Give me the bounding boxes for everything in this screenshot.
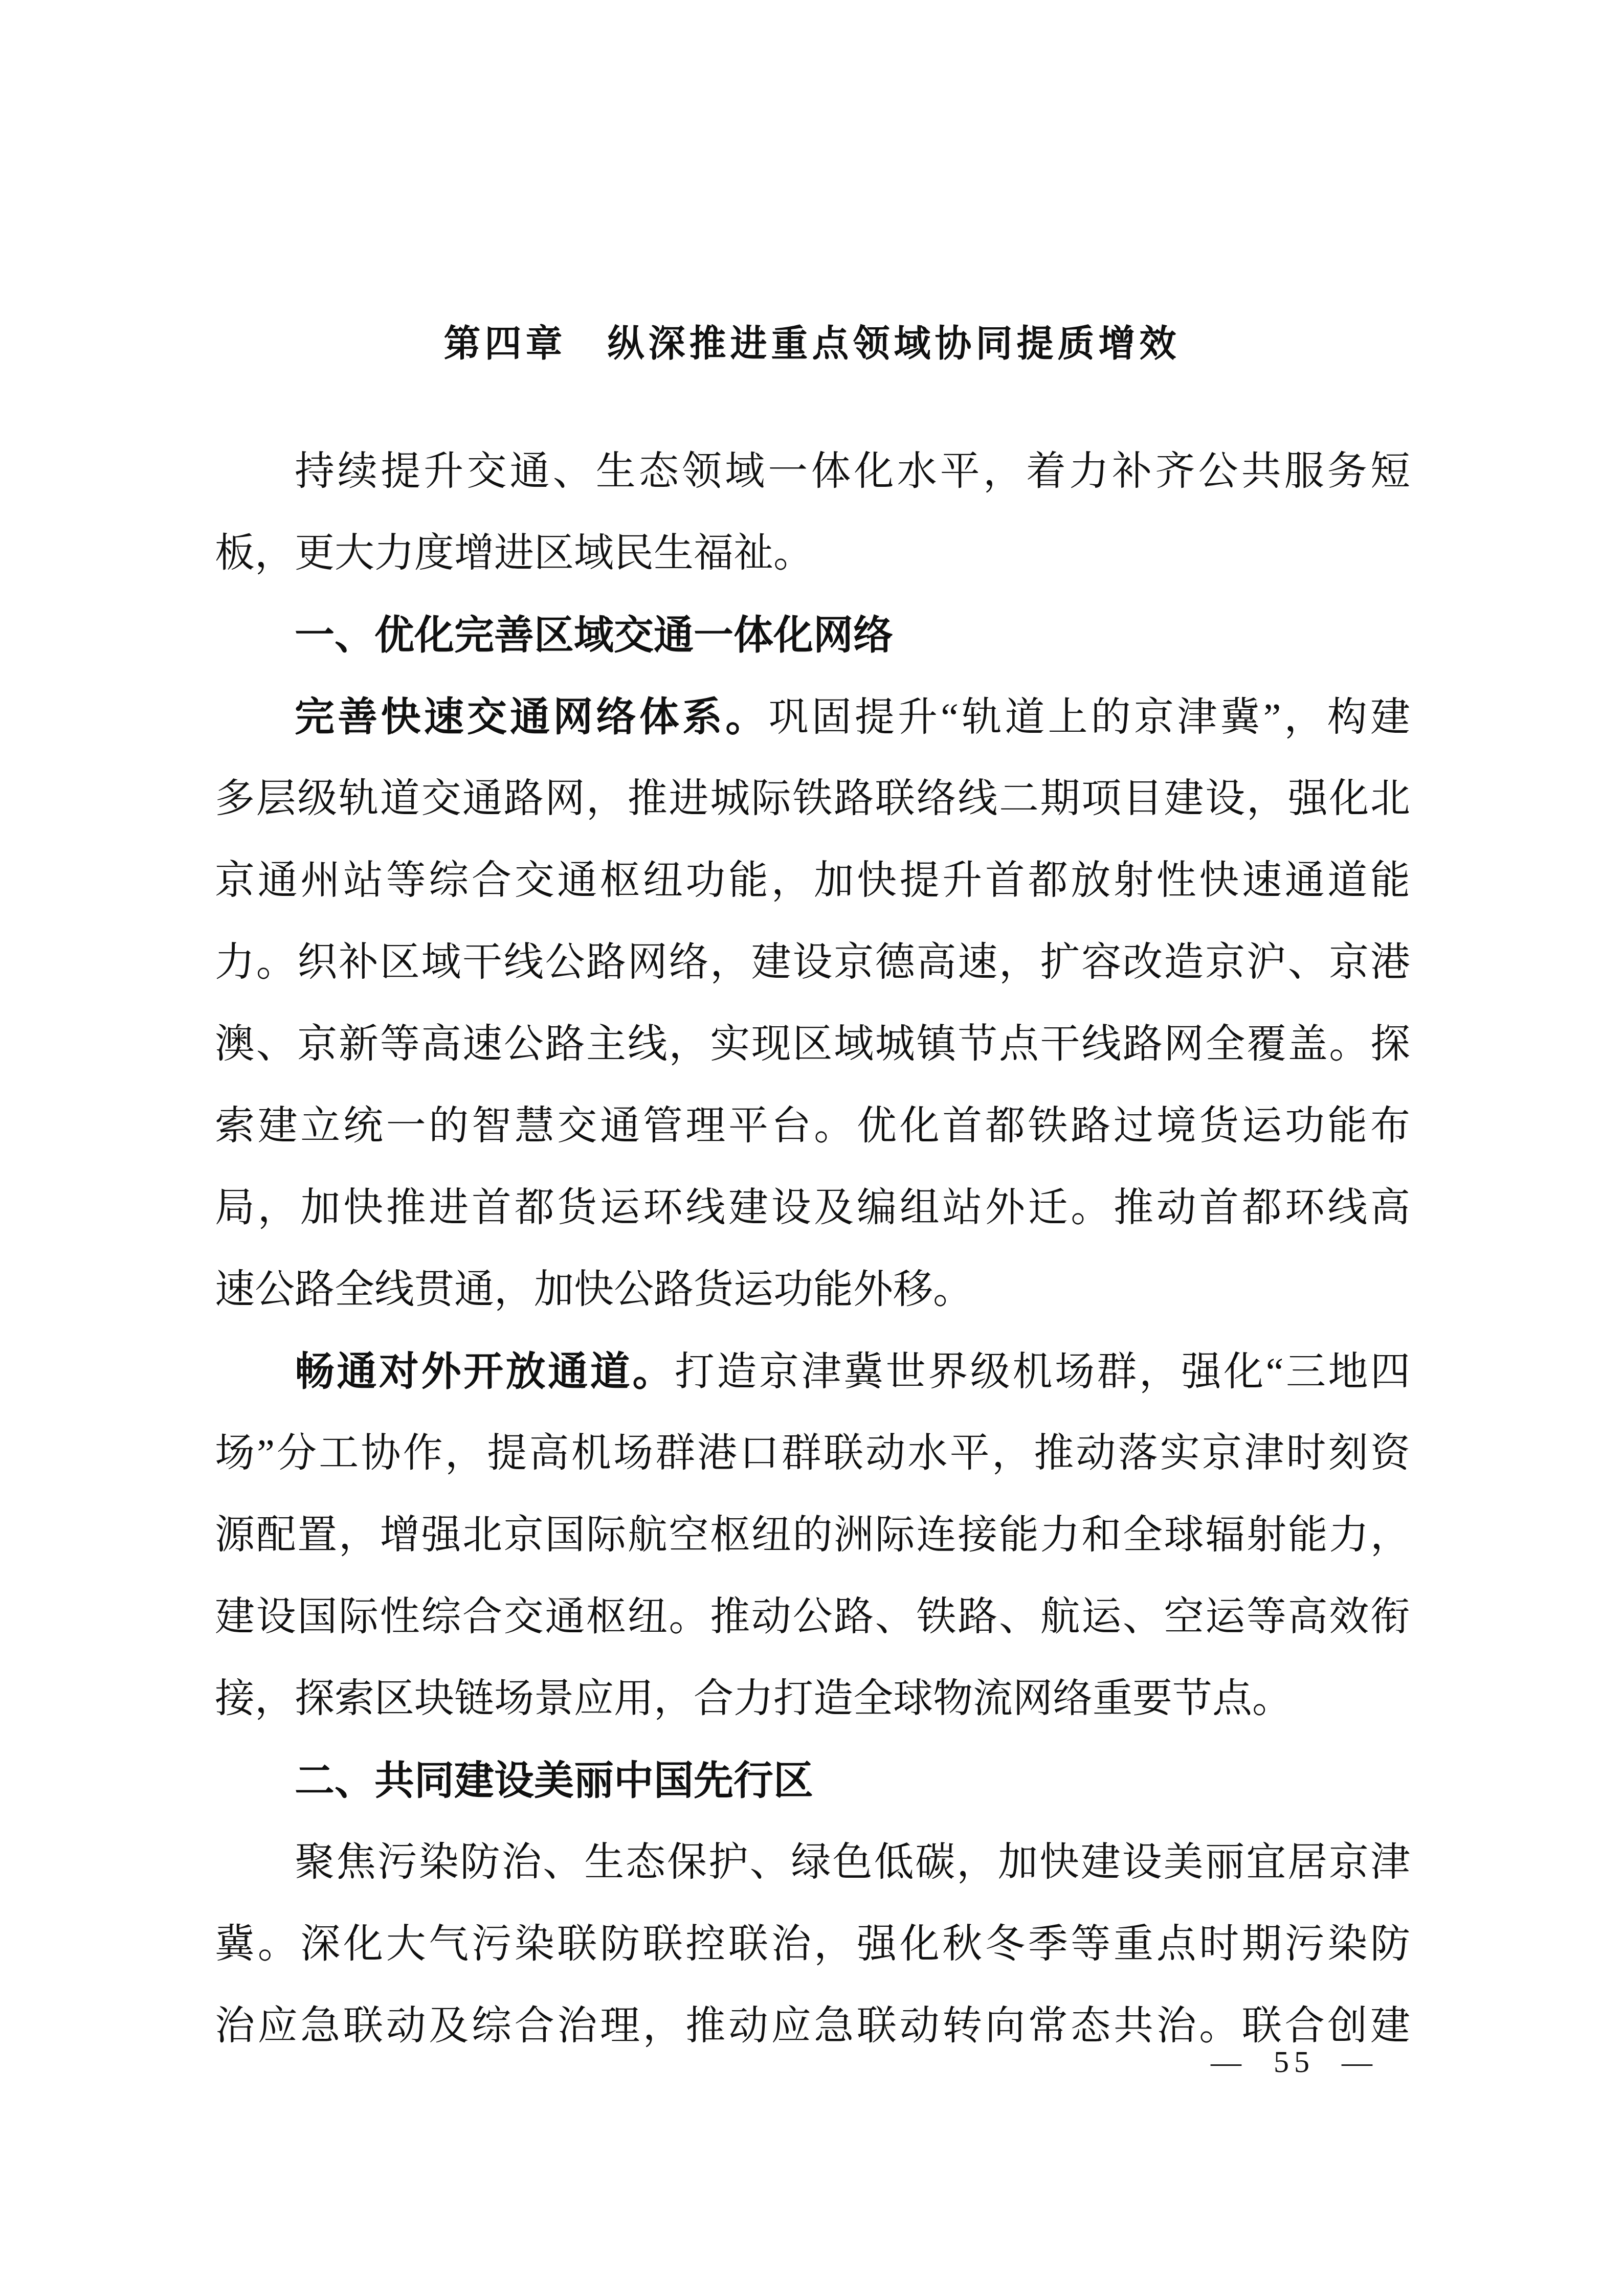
line-text: 板，更大力度增进区域民生福祉。: [215, 531, 813, 575]
line-text: 源配置，增强北京国际航空枢纽的洲际连接能力和全球辐射能力，: [215, 1513, 1410, 1557]
line-text: 速公路全线贯通，加快公路货运功能外移。: [215, 1267, 973, 1312]
line-text: 力。织补区域干线公路网络，建设京德高速，扩容改造京沪、京港: [215, 940, 1410, 984]
section-heading-2: 二、共同建设美丽中国先行区: [215, 1740, 1410, 1821]
line-text: 京通州站等综合交通枢纽功能，加快提升首都放射性快速通道能: [215, 858, 1410, 903]
paragraph-line: 冀。深化大气污染联防联控联治，强化秋冬季等重点时期污染防: [215, 1903, 1410, 1985]
paragraph-line: 力。织补区域干线公路网络，建设京德高速，扩容改造京沪、京港: [215, 921, 1410, 1003]
paragraph-line: 澳、京新等高速公路主线，实现区域城镇节点干线路网全覆盖。探: [215, 1003, 1410, 1085]
paragraph-line: 持续提升交通、生态领域一体化水平，着力补齐公共服务短: [215, 431, 1410, 512]
line-text: 冀。深化大气污染联防联控联治，强化秋冬季等重点时期污染防: [215, 1922, 1410, 1966]
line-text: 多层级轨道交通路网，推进城际铁路联络线二期项目建设，强化北: [215, 776, 1410, 821]
paragraph-line: 局，加快推进首都货运环线建设及编组站外迁。推动首都环线高: [215, 1167, 1410, 1249]
page-number: — 55 —: [1211, 2046, 1377, 2077]
paragraph-line: 索建立统一的智慧交通管理平台。优化首都铁路过境货运功能布: [215, 1085, 1410, 1167]
heading-text: 二、共同建设美丽中国先行区: [295, 1758, 813, 1803]
bold-lead-in: 畅通对外开放通道。: [295, 1349, 675, 1394]
line-text: 接，探索区块链场景应用，合力打造全球物流网络重要节点。: [215, 1676, 1292, 1721]
line-text: 建设国际性综合交通枢纽。推动公路、铁路、航运、空运等高效衔: [215, 1594, 1410, 1639]
line-text: 澳、京新等高速公路主线，实现区域城镇节点干线路网全覆盖。探: [215, 1022, 1410, 1066]
paragraph-line: 畅通对外开放通道。打造京津冀世界级机场群，强化“三地四: [215, 1331, 1410, 1412]
line-text: 治应急联动及综合治理，推动应急联动转向常态共治。联合创建: [215, 2004, 1410, 2048]
document-body: 持续提升交通、生态领域一体化水平，着力补齐公共服务短 板，更大力度增进区域民生福…: [215, 431, 1410, 2067]
paragraph-line: 京通州站等综合交通枢纽功能，加快提升首都放射性快速通道能: [215, 840, 1410, 921]
paragraph-line: 建设国际性综合交通枢纽。推动公路、铁路、航运、空运等高效衔: [215, 1576, 1410, 1658]
line-text: 聚焦污染防治、生态保护、绿色低碳，加快建设美丽宜居京津: [295, 1840, 1410, 1884]
line-text: 巩固提升“轨道上的京津冀”，构建: [768, 695, 1410, 739]
paragraph-line: 场”分工协作，提高机场群港口群联动水平，推动落实京津时刻资: [215, 1412, 1410, 1494]
line-text: 场”分工协作，提高机场群港口群联动水平，推动落实京津时刻资: [215, 1431, 1410, 1475]
line-text: 局，加快推进首都货运环线建设及编组站外迁。推动首都环线高: [215, 1185, 1410, 1230]
heading-text: 一、优化完善区域交通一体化网络: [295, 613, 893, 658]
paragraph-line: 接，探索区块链场景应用，合力打造全球物流网络重要节点。: [215, 1658, 1410, 1740]
paragraph-line: 源配置，增强北京国际航空枢纽的洲际连接能力和全球辐射能力，: [215, 1494, 1410, 1576]
document-page: 第四章 纵深推进重点领域协同提质增效 持续提升交通、生态领域一体化水平，着力补齐…: [0, 0, 1624, 2296]
paragraph-line: 聚焦污染防治、生态保护、绿色低碳，加快建设美丽宜居京津: [215, 1821, 1410, 1903]
chapter-title: 第四章 纵深推进重点领域协同提质增效: [0, 318, 1624, 369]
paragraph-line: 速公路全线贯通，加快公路货运功能外移。: [215, 1249, 1410, 1331]
line-text: 持续提升交通、生态领域一体化水平，着力补齐公共服务短: [295, 449, 1410, 493]
bold-lead-in: 完善快速交通网络体系。: [295, 694, 768, 739]
paragraph-line: 完善快速交通网络体系。巩固提升“轨道上的京津冀”，构建: [215, 676, 1410, 758]
paragraph-line: 板，更大力度增进区域民生福祉。: [215, 512, 1410, 594]
paragraph-line: 多层级轨道交通路网，推进城际铁路联络线二期项目建设，强化北: [215, 758, 1410, 840]
line-text: 打造京津冀世界级机场群，强化“三地四: [675, 1349, 1410, 1394]
section-heading-1: 一、优化完善区域交通一体化网络: [215, 594, 1410, 676]
line-text: 索建立统一的智慧交通管理平台。优化首都铁路过境货运功能布: [215, 1104, 1410, 1148]
